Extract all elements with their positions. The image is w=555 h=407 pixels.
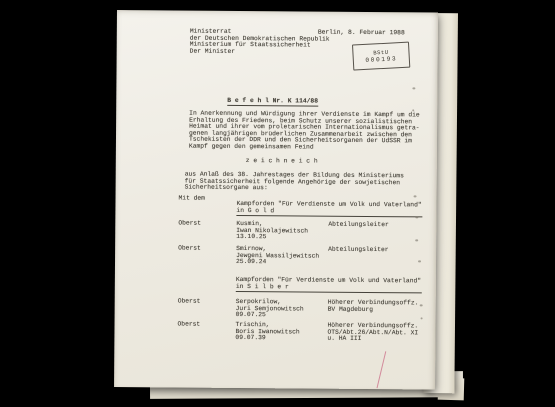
recipient-name: Kusmin, Iwan Nikolajewitsch 13.10.25: [236, 221, 308, 241]
margin-mark: [412, 87, 415, 89]
margin-mark: [415, 239, 418, 241]
recipient-row: Oberst Serpokrilow, Juri Semjonowitsch 0…: [115, 298, 436, 323]
award-heading-silver: Kampforden "Für Verdienste um Volk und V…: [236, 277, 422, 294]
recipient-row: Oberst Kusmin, Iwan Nikolajewitsch 13.10…: [115, 220, 436, 245]
occasion-paragraph: aus Anlaß des 38. Jahrestages der Bildun…: [185, 172, 404, 194]
recipient-rank: Oberst: [178, 321, 201, 328]
recipient-name: Trischin, Boris Iwanowitsch 09.07.39: [235, 322, 299, 342]
margin-mark: [414, 195, 417, 197]
sender-address: Ministerrat der Deutschen Demokratischen…: [190, 29, 330, 56]
recipient-function: Abteilungsleiter: [328, 247, 389, 254]
recipient-function: Höherer Verbindungsoffz. BV Magdeburg: [328, 300, 419, 314]
award-silver-grade: in S i l b e r: [236, 284, 422, 294]
recipient-rank: Oberst: [178, 245, 201, 252]
recipient-row: Oberst Smirnow, Jewgeni Wassiljewitsch 2…: [115, 245, 436, 270]
margin-mark: [420, 304, 423, 306]
recipient-row: Oberst Trischin, Boris Iwanowitsch 09.07…: [114, 321, 435, 346]
recipient-rank: Oberst: [178, 220, 201, 227]
award-gold-grade: in G o l d: [236, 208, 422, 218]
margin-mark: [412, 109, 414, 111]
margin-mark: [415, 216, 418, 218]
bstu-stamp: BStU 000193: [352, 42, 410, 71]
recipient-name: Serpokrilow, Juri Semjonowitsch 09.07.25: [236, 299, 304, 319]
scanned-document-photo: Ministerrat der Deutschen Demokratischen…: [0, 0, 555, 407]
recipient-rank: Oberst: [178, 298, 201, 305]
margin-mark: [418, 260, 421, 262]
decree-phrase: z e i c h n e i c h: [246, 158, 318, 165]
document-title: B e f e h l Nr. K 114/88: [227, 91, 318, 107]
red-pen-mark: [376, 351, 386, 388]
stamp-number: 000193: [365, 55, 397, 64]
dateline: Berlin, 8. Februar 1988: [318, 30, 405, 37]
mit-dem-label: Mit dem: [178, 195, 205, 202]
margin-mark: [421, 317, 423, 319]
award-heading-gold: Kampforden "Für Verdienste um Volk und V…: [236, 201, 422, 218]
intro-paragraph: In Anerkennung und Würdigung ihrer Verdi…: [189, 111, 420, 152]
recipient-function: Abteilungsleiter: [328, 222, 389, 229]
recipient-function: Höherer Verbindungsoffz. OTS/Abt.26/Abt.…: [327, 323, 418, 343]
document-page: Ministerrat der Deutschen Demokratischen…: [114, 10, 438, 390]
recipient-name: Smirnow, Jewgeni Wassiljewitsch 25.09.24: [236, 246, 319, 266]
